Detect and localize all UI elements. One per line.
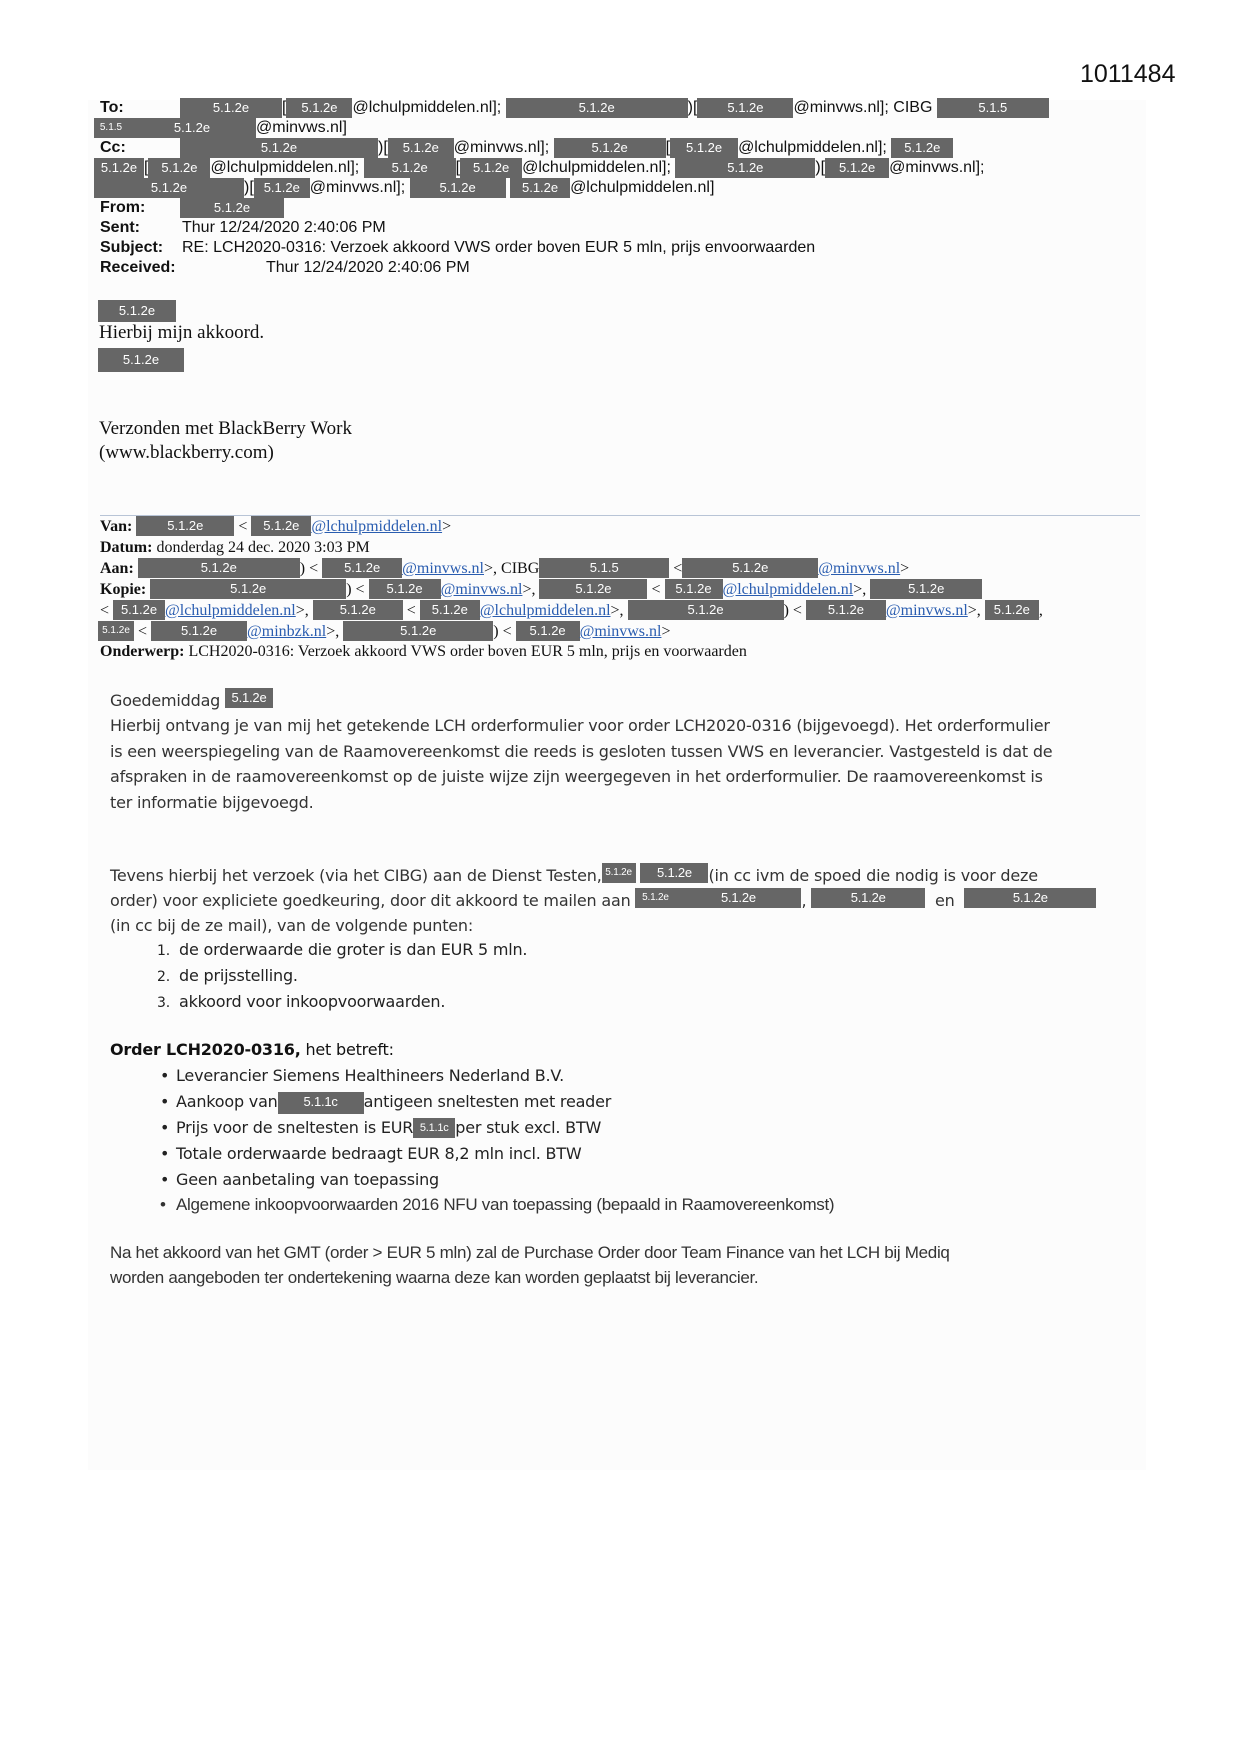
redaction: 5.1.2e [151,621,247,641]
redaction: 5.1.2e [94,178,244,198]
redaction: 5.1.2e [251,516,311,536]
bullet-icon: • [160,1118,176,1137]
onderwerp-row: Onderwerp: LCH2020-0316: Verzoek akkoord… [100,641,747,662]
from-row: From:5.1.2e [100,198,284,218]
redaction: 5.1.2e [254,178,310,198]
redaction: 5.1.2e [825,158,889,178]
paragraph-2-line-3: (in cc bij de ze mail), van de volgende … [110,913,473,939]
redaction: 5.1.2e [602,863,636,883]
redaction: 5.1.2e [506,98,688,118]
order-heading-rest: het betreft: [301,1040,394,1059]
redaction: 5.1.2e [806,600,886,620]
redaction: 5.1.2e [180,138,378,158]
comma: , [801,891,806,910]
item-text: Totale orderwaarde bedraagt EUR 8,2 mln … [176,1144,581,1163]
paragraph-1-line: afspraken in de raamovereenkomst op de j… [110,764,1052,790]
order-item-price: •Prijs voor de sneltesten is EUR5.1.1cpe… [160,1118,601,1138]
bullet-icon: • [160,1066,176,1085]
redaction: 5.1.2e [98,348,184,372]
numbered-point-1: 1.de orderwaarde die groter is dan EUR 5… [157,940,527,959]
bullet-icon: • [160,1144,176,1163]
redaction: 5.1.2e [675,158,815,178]
order-item-supplier: •Leverancier Siemens Healthineers Nederl… [160,1066,564,1085]
onderwerp-value: LCH2020-0316: Verzoek akkoord VWS order … [188,643,746,660]
email-link[interactable]: @minbzk.nl [247,623,326,640]
separator: )[ [244,179,254,196]
item-text: Leverancier Siemens Healthineers Nederla… [176,1066,564,1085]
redaction: 5.1.2e [113,600,165,620]
redaction: 5.1.5 [94,118,128,138]
email-domain: @lchulpmiddelen.nl]; [210,159,359,176]
redaction: 5.1.2e [640,863,708,883]
redaction: 5.1.5 [937,98,1049,118]
numbered-point-2: 2.de prijsstelling. [157,966,298,985]
order-item-prepayment: •Geen aanbetaling van toepassing [160,1170,439,1189]
received-row: Received:Thur 12/24/2020 2:40:06 PM [100,258,470,278]
closing-line-2: worden aangeboden ter ondertekening waar… [110,1268,758,1288]
order-item-total: •Totale orderwaarde bedraagt EUR 8,2 mln… [160,1144,581,1163]
redaction: 5.1.2e [628,600,784,620]
redaction: 5.1.2e [870,579,982,599]
paragraph-1-line: is een weerspiegeling van de Raamovereen… [110,739,1052,765]
subject-label: Subject: [100,238,182,258]
email-link[interactable]: @lchulpmiddelen.nl [480,602,611,619]
redaction: 5.1.1c [413,1118,455,1138]
aan-row: Aan: 5.1.2e) < 5.1.2e@minvws.nl>, CIBG5.… [100,558,909,579]
redaction: 5.1.2e [964,888,1096,908]
email-link[interactable]: @minvws.nl [441,581,523,598]
bullet-icon: • [160,1092,176,1111]
van-row: Van: 5.1.2e < 5.1.2e@lchulpmiddelen.nl> [100,516,451,537]
sent-value: Thur 12/24/2020 2:40:06 PM [182,219,386,236]
to-row: To:5.1.2e[5.1.2e@lchulpmiddelen.nl]; 5.1… [100,98,1049,118]
redaction: 5.1.2e [675,888,801,908]
kopie-row: Kopie: 5.1.2e) < 5.1.2e@minvws.nl>, 5.1.… [100,579,982,600]
closing-line-1: Na het akkoord van het GMT (order > EUR … [110,1243,950,1263]
cc-row: Cc:5.1.2e)[5.1.2e@minvws.nl]; 5.1.2e[5.1… [100,138,953,158]
redaction: 5.1.2e [539,579,647,599]
email-domain: @lchulpmiddelen.nl]; [352,99,501,116]
email-domain: @minvws.nl] [256,119,347,136]
redaction: 5.1.2e [682,558,818,578]
redaction: 5.1.2e [665,579,723,599]
order-item-terms: •Algemene inkoopvoorwaarden 2016 NFU van… [160,1195,834,1215]
conjunction: en [935,891,955,910]
redaction: 5.1.2e [697,98,793,118]
email-link[interactable]: @lchulpmiddelen.nl [723,581,854,598]
item-text: Aankoop van [176,1092,278,1111]
reply-body-text: Hierbij mijn akkoord. [99,322,264,344]
redaction: 5.1.2e [150,579,346,599]
received-value: Thur 12/24/2020 2:40:06 PM [266,259,470,276]
redaction: 5.1.2e [460,158,522,178]
redaction: 5.1.2e [98,300,176,322]
redaction: 5.1.2e [128,118,256,138]
email-domain: @minvws.nl]; [310,179,405,196]
sent-label: Sent: [100,218,182,238]
redaction: 5.1.2e [286,98,352,118]
point-text: de prijsstelling. [179,966,298,985]
email-domain: @lchulpmiddelen.nl] [570,179,714,196]
item-text: Prijs voor de sneltesten is EUR [176,1118,413,1137]
paragraph-2-text: Tevens hierbij het verzoek (via het CIBG… [110,866,602,885]
paragraph-1-line: Hierbij ontvang je van mij het getekende… [110,713,1052,739]
redaction: 5.1.2e [516,621,580,641]
redaction: 5.1.2e [98,621,134,641]
item-text: Algemene inkoopvoorwaarden 2016 NFU van … [176,1195,834,1214]
point-text: de orderwaarde die groter is dan EUR 5 m… [179,940,527,959]
redaction: 5.1.2e [388,138,454,158]
paragraph-2-line-1: Tevens hierbij het verzoek (via het CIBG… [110,863,1038,889]
paragraph-2-line-2: order) voor expliciete goedkeuring, door… [110,888,1096,914]
signature-line-1: Verzonden met BlackBerry Work [99,418,352,440]
paragraph-2-text: order) voor expliciete goedkeuring, door… [110,891,631,910]
redaction: 5.1.2e [420,600,480,620]
datum-label: Datum: [100,539,152,556]
email-link[interactable]: @minvws.nl [402,560,484,577]
separator: )[ [815,159,825,176]
numbered-point-3: 3.akkoord voor inkoopvoorwaarden. [157,992,445,1011]
redaction: 5.1.2e [225,688,273,708]
redaction: 5.1.2e [364,158,456,178]
redaction: 5.1.2e [180,198,284,218]
redaction: 5.1.2e [554,138,666,158]
separator: )[ [378,139,388,156]
redaction-label: 5.1.2e [98,348,184,372]
redaction: 5.1.2e [322,558,402,578]
subject-row: Subject:RE: LCH2020-0316: Verzoek akkoor… [100,238,815,258]
email-domain: @lchulpmiddelen.nl]; [738,139,887,156]
cc-row-3: 5.1.2e)[5.1.2e@minvws.nl]; 5.1.2e 5.1.2e… [100,178,714,198]
subject-value: RE: LCH2020-0316: Verzoek akkoord VWS or… [182,239,815,256]
kopie-row-2: < 5.1.2e@lchulpmiddelen.nl>, 5.1.2e < 5.… [100,600,1043,621]
item-text: Geen aanbetaling van toepassing [176,1170,439,1189]
van-label: Van: [100,518,132,535]
paragraph-2-text: (in cc ivm de spoed die nodig is voor de… [708,866,1037,885]
email-domain: @lchulpmiddelen.nl]; [522,159,671,176]
redaction: 5.1.2e [635,888,675,908]
email-link[interactable]: @minvws.nl [886,602,968,619]
document-number: 1011484 [1080,60,1175,89]
redaction: 5.1.2e [138,558,300,578]
separator: )[ [688,99,698,116]
to-row-2: 5.1.55.1.2e@minvws.nl] [100,118,347,138]
cibg-text: >, CIBG [484,560,539,577]
received-label: Received: [100,258,266,278]
email-domain: @minvws.nl]; CIBG [793,99,932,116]
onderwerp-label: Onderwerp: [100,643,184,660]
email-link[interactable]: @lchulpmiddelen.nl [311,518,442,535]
cc-row-2: 5.1.2e[5.1.2e@lchulpmiddelen.nl]; 5.1.2e… [100,158,985,178]
redaction: 5.1.2e [180,98,282,118]
bullet-icon: • [160,1195,176,1215]
order-heading: Order LCH2020-0316, het betreft: [110,1040,394,1059]
greeting: Goedemiddag [110,691,220,710]
email-domain: @minvws.nl]; [889,159,984,176]
to-label: To: [100,98,182,118]
order-item-purchase: •Aankoop van5.1.1cantigeen sneltesten me… [160,1092,611,1114]
bullet-icon: • [160,1170,176,1189]
datum-row: Datum: donderdag 24 dec. 2020 3:03 PM [100,537,370,558]
email-domain: @minvws.nl]; [454,139,549,156]
signature-line-2: (www.blackberry.com) [99,442,274,464]
datum-value: donderdag 24 dec. 2020 3:03 PM [156,539,369,556]
redaction: 5.1.1c [278,1092,364,1114]
redaction: 5.1.2e [148,158,210,178]
redaction: 5.1.5 [539,558,669,578]
kopie-label: Kopie: [100,581,146,598]
aan-label: Aan: [100,560,134,577]
greeting-row: Goedemiddag 5.1.2e [110,688,273,714]
redaction: 5.1.2e [410,178,506,198]
redaction: 5.1.2e [811,888,925,908]
kopie-row-3: 5.1.2e < 5.1.2e@minbzk.nl>, 5.1.2e) < 5.… [100,621,670,642]
redaction-label: 5.1.2e [98,300,176,322]
email-link[interactable]: @minvws.nl [580,623,662,640]
redaction: 5.1.2e [313,600,403,620]
item-text: per stuk excl. BTW [455,1118,601,1137]
point-text: akkoord voor inkoopvoorwaarden. [179,992,445,1011]
item-text: antigeen sneltesten met reader [364,1092,612,1111]
redaction: 5.1.2e [136,516,234,536]
from-label: From: [100,198,182,218]
redaction: 5.1.2e [94,158,144,178]
sent-row: Sent:Thur 12/24/2020 2:40:06 PM [100,218,386,238]
redaction: 5.1.2e [369,579,441,599]
redaction: 5.1.2e [891,138,953,158]
paragraph-1: Hierbij ontvang je van mij het getekende… [110,713,1052,815]
redaction: 5.1.2e [343,621,493,641]
redaction: 5.1.2e [670,138,738,158]
email-link[interactable]: @minvws.nl [818,560,900,577]
redaction: 5.1.2e [985,600,1039,620]
redaction: 5.1.2e [510,178,570,198]
cc-label: Cc: [100,138,182,158]
order-heading-bold: Order LCH2020-0316, [110,1040,301,1059]
email-link[interactable]: @lchulpmiddelen.nl [165,602,296,619]
paragraph-1-line: ter informatie bijgevoegd. [110,790,1052,816]
